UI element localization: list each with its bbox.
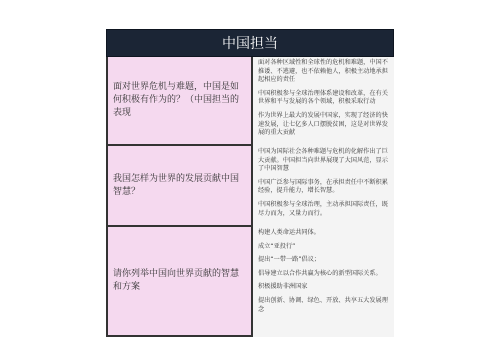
answer-item: 积极援助非洲国家 (258, 283, 390, 292)
table-row: 请你列举中国向世界贡献的智慧和方案 构建人类命运共同体。 成立“亚投行” 提出“… (106, 227, 394, 337)
answer-item: 构建人类命运共同体。 (258, 229, 390, 238)
knowledge-table: 中国担当 面对世界危机与难题，中国是如何积极有作为的？（中国担当的表现 面对各种… (106, 29, 394, 337)
answer-item: 提出“一带一路”倡议； (258, 256, 390, 265)
question-cell: 面对世界危机与难题，中国是如何积极有作为的？（中国担当的表现 (106, 57, 253, 146)
table-title: 中国担当 (106, 29, 394, 57)
question-cell: 请你列举中国向世界贡献的智慧和方案 (106, 227, 253, 337)
answer-item: 中国积极参与全球治理体系建设和改革，在有关世界和平与发展的各个领域，积极采取行动 (258, 90, 390, 107)
question-text: 请你列举中国向世界贡献的智慧和方案 (113, 268, 247, 294)
table-row: 面对世界危机与难题，中国是如何积极有作为的？（中国担当的表现 面对各种区域性和全… (106, 57, 394, 146)
answer-cell: 面对各种区域性和全球性的危机和难题，中国不推诿、不逃避，也不依赖他人，积极主动地… (253, 57, 394, 146)
answer-cell: 中国为国际社会各种难题与危机的化解作出了巨大贡献。中国担当向世界展现了大国风范，… (253, 146, 394, 227)
question-text: 我国怎样为世界的发展贡献中国智慧？ (113, 173, 247, 199)
answer-item: 作为世界上最大的发展中国家，实现了经济的快速发展，让七亿多人口摆脱贫困，这是对世… (258, 112, 390, 138)
answer-item: 中国积极参与全球治理，主动承担国际责任，既尽力而为，又量力而行。 (258, 201, 390, 218)
answer-item: 成立“亚投行” (258, 243, 390, 252)
question-text: 面对世界危机与难题，中国是如何积极有作为的？（中国担当的表现 (113, 81, 247, 120)
answer-item: 中国广泛参与国际事务，在承担责任中不断积累经验，提升能力，增长智慧。 (258, 179, 390, 196)
answer-item: 提出创新、协调、绿色、开放、共享五大发展理念 (258, 297, 390, 314)
answer-item: 面对各种区域性和全球性的危机和难题，中国不推诿、不逃避，也不依赖他人，积极主动地… (258, 59, 390, 85)
answer-cell: 构建人类命运共同体。 成立“亚投行” 提出“一带一路”倡议； 倡导建立以合作共赢… (253, 227, 394, 337)
answer-item: 倡导建立以合作共赢为核心的新型国际关系。 (258, 270, 390, 279)
question-cell: 我国怎样为世界的发展贡献中国智慧？ (106, 146, 253, 227)
table-row: 我国怎样为世界的发展贡献中国智慧？ 中国为国际社会各种难题与危机的化解作出了巨大… (106, 146, 394, 227)
answer-item: 中国为国际社会各种难题与危机的化解作出了巨大贡献。中国担当向世界展现了大国风范，… (258, 148, 390, 174)
